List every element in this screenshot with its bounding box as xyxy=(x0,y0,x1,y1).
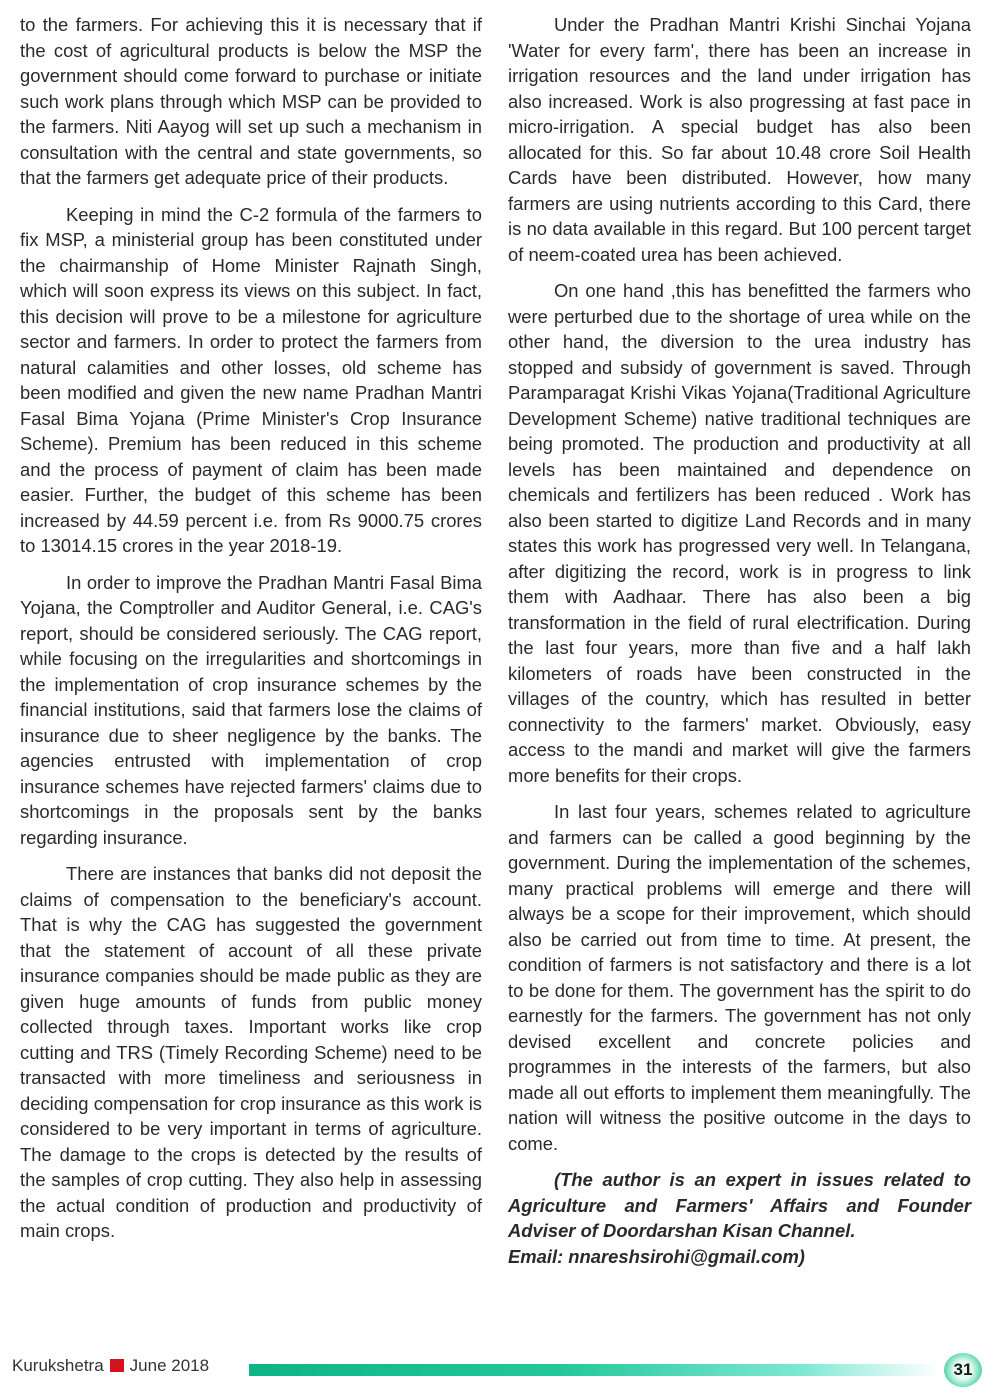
paragraph: In last four years, schemes related to a… xyxy=(508,799,971,1156)
left-column: to the farmers. For achieving this it is… xyxy=(20,12,482,1255)
paragraph: Keeping in mind the C-2 formula of the f… xyxy=(20,202,482,559)
page-number-badge: 31 xyxy=(944,1353,982,1387)
red-square-marker-icon xyxy=(110,1359,124,1372)
right-column: Under the Pradhan Mantri Krishi Sinchai … xyxy=(508,12,971,1269)
paragraph: In order to improve the Pradhan Mantri F… xyxy=(20,570,482,851)
issue-date: June 2018 xyxy=(130,1356,209,1375)
footer-publication: KurukshetraJune 2018 xyxy=(12,1356,209,1376)
decorative-gradient-bar xyxy=(249,1364,939,1376)
paragraph: On one hand ,this has benefitted the far… xyxy=(508,278,971,788)
magazine-name: Kurukshetra xyxy=(12,1356,104,1375)
author-note: (The author is an expert in issues relat… xyxy=(508,1167,971,1269)
author-bio: (The author is an expert in issues relat… xyxy=(508,1169,971,1241)
author-email: Email: nnareshsirohi@gmail.com) xyxy=(508,1244,971,1270)
paragraph: There are instances that banks did not d… xyxy=(20,861,482,1244)
paragraph: to the farmers. For achieving this it is… xyxy=(20,12,482,191)
paragraph: Under the Pradhan Mantri Krishi Sinchai … xyxy=(508,12,971,267)
page-footer: KurukshetraJune 2018 31 xyxy=(0,1350,1000,1390)
